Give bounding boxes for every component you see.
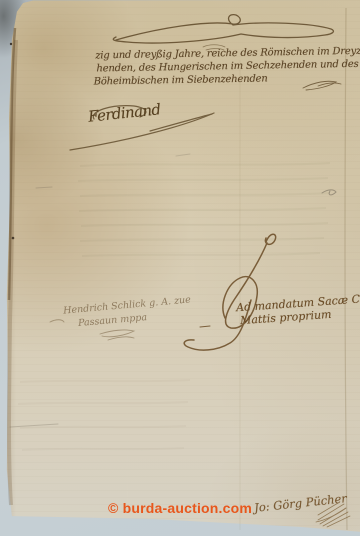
photo-background: zig und dreyßig Jahre, reiche des Römisc… [0, 0, 360, 536]
body-text-block: zig und dreyßig Jahre, reiche des Römisc… [0, 0, 360, 536]
body-line-3: Böheimbischen im Siebenzehenden [94, 73, 268, 87]
body-line-2: henden, des Hungerischen im Sechzehenden… [96, 59, 360, 75]
watermark-text: © burda-auction.com [108, 500, 252, 516]
